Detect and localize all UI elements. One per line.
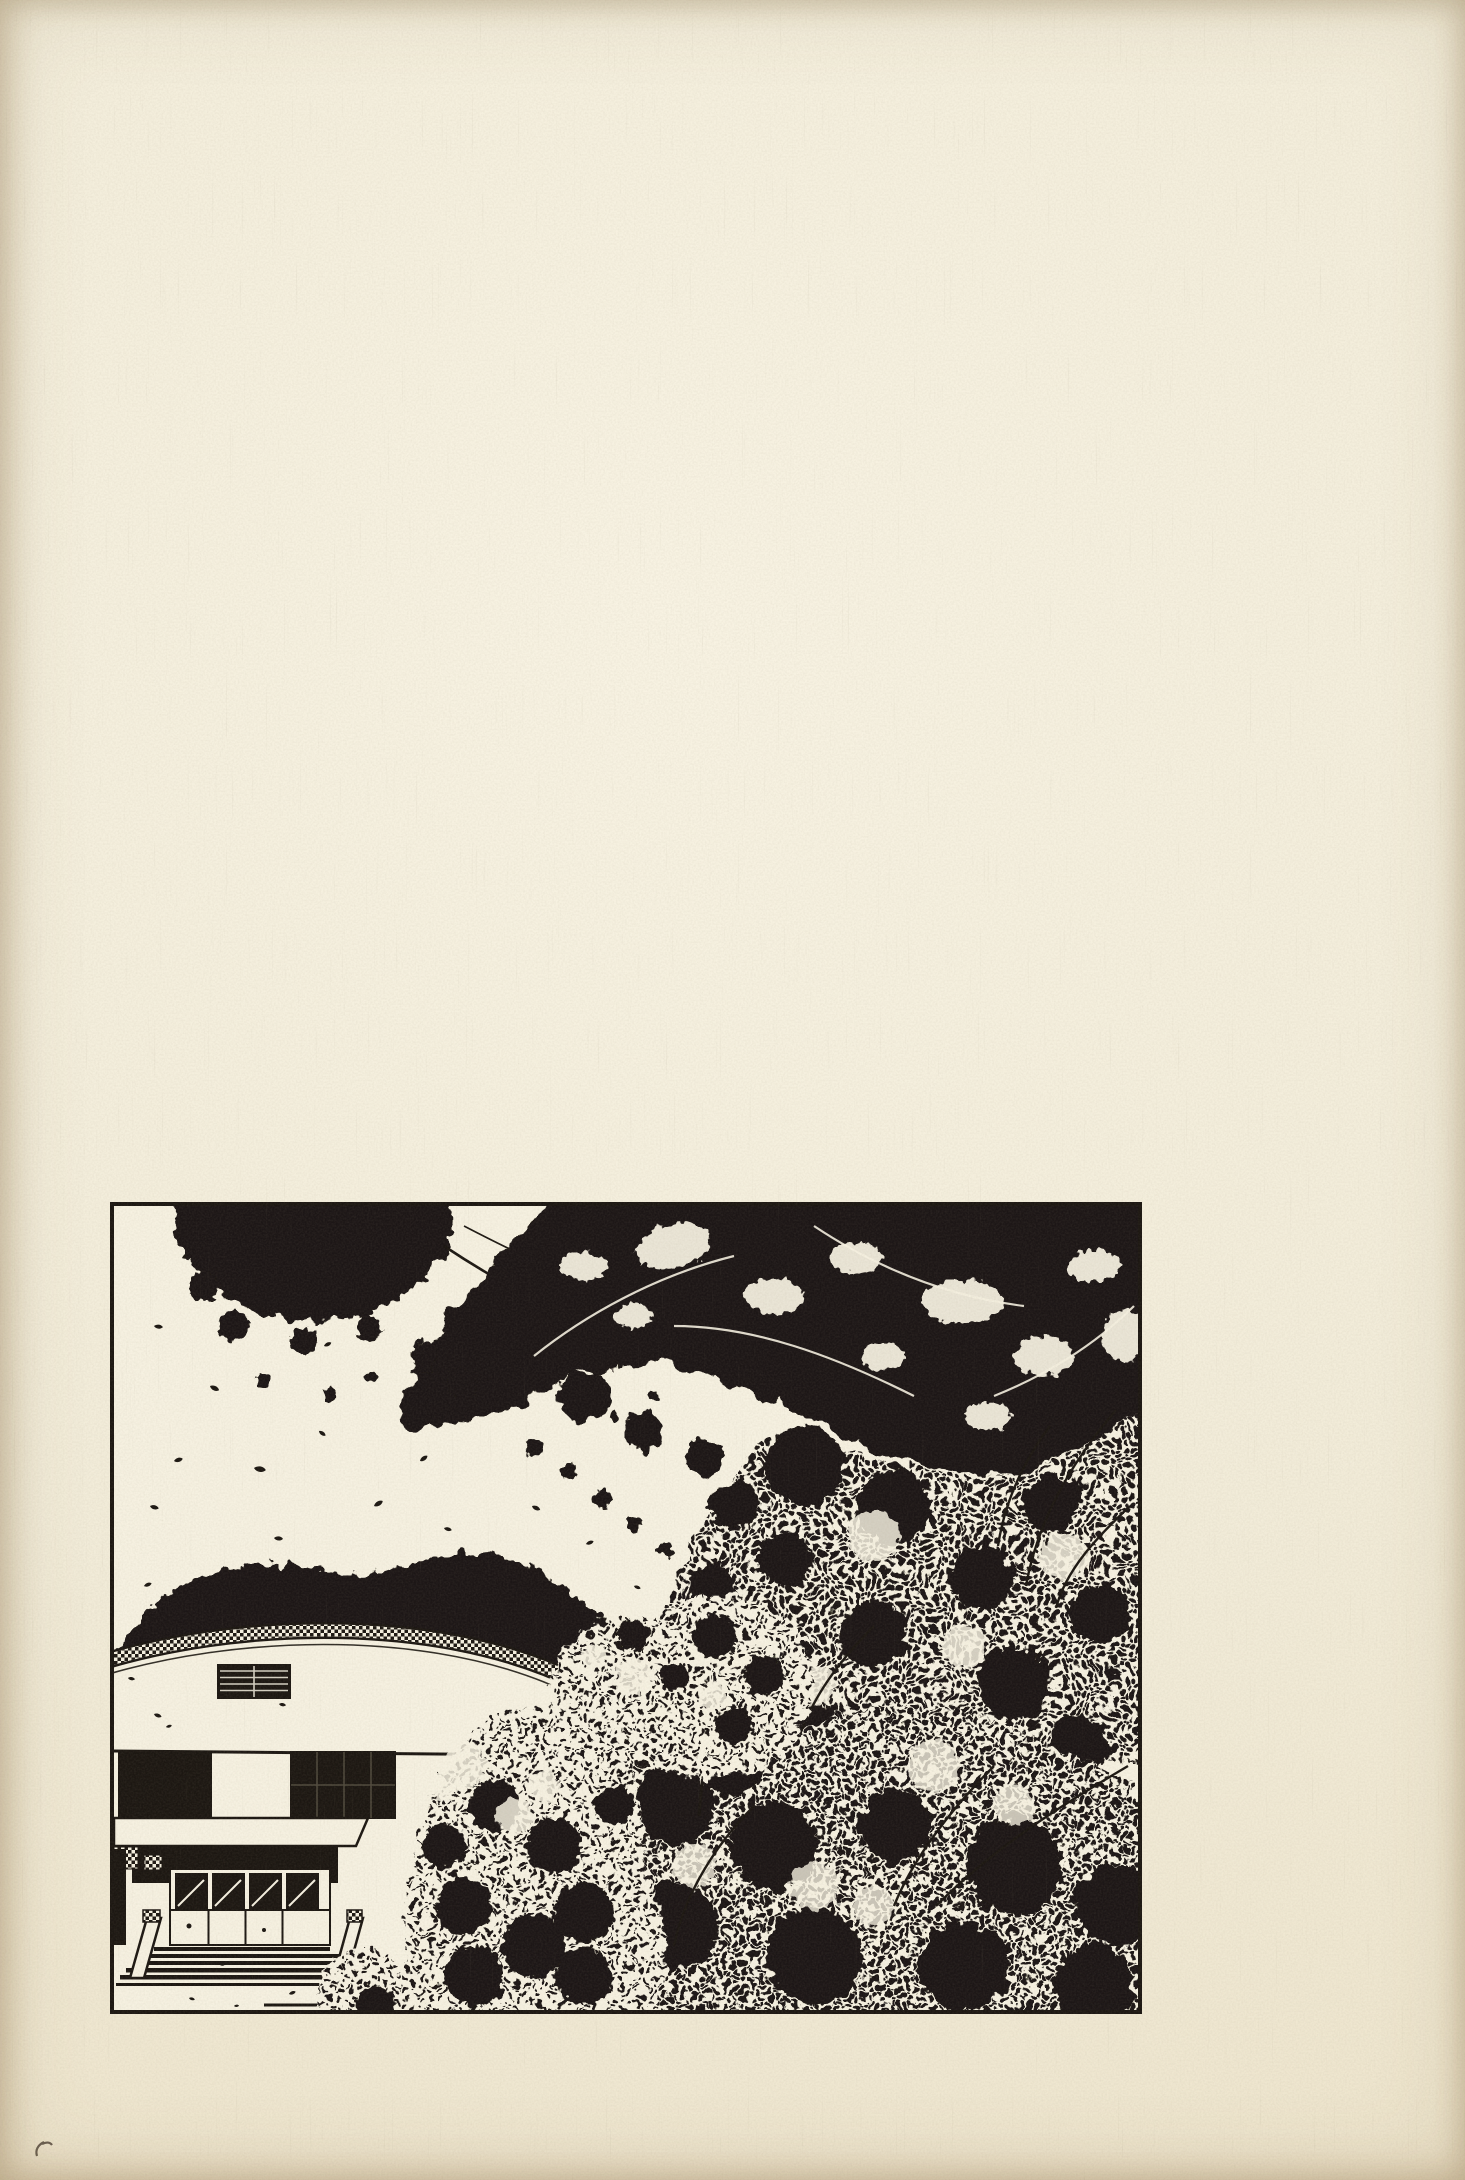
scanned-manga-page [0,0,1465,2180]
manga-panel [110,1202,1142,2014]
entrance-doors [170,1869,330,1945]
vent-grille [217,1664,291,1699]
entrance-canopy [114,1818,368,1846]
panel-illustration [114,1206,1138,2010]
window-left [118,1751,212,1819]
pen-mark [36,2142,52,2156]
checker-pilaster-small [144,1855,162,1870]
window-right [290,1751,396,1819]
side-door-shadow [114,1849,126,1945]
